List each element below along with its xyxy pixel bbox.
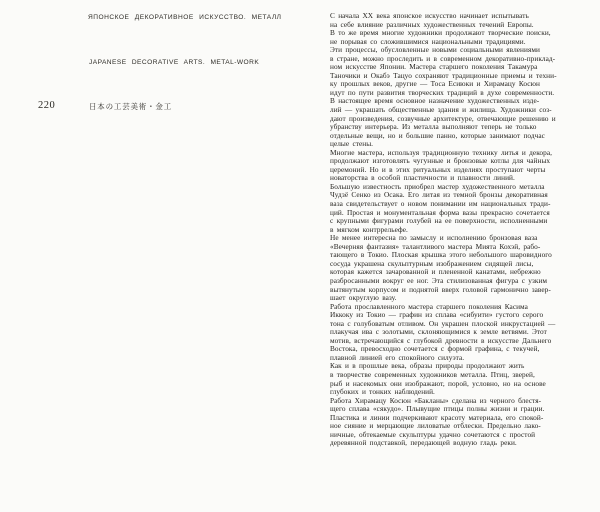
book-spread: ЯПОНСКОЕ ДЕКОРАТИВНОЕ ИСКУССТВО. МЕТАЛЛ … (0, 0, 600, 512)
paragraph: С начала XX века японское искусство начи… (330, 12, 594, 149)
paragraph: Как и в прошлые века, образы природы про… (330, 362, 594, 396)
chapter-title-english: JAPANESE DECORATIVE ARTS. METAL-WORK (89, 59, 259, 66)
paragraph: Не менее интересна по замыслу и исполнен… (330, 234, 594, 302)
chapter-title-japanese: 日本の工芸美術・金工 (89, 101, 172, 112)
page-number: 220 (38, 100, 55, 111)
paragraph: Работа прославленного мастера старшего п… (330, 303, 594, 363)
body-text: С начала XX века японское искусство начи… (330, 12, 594, 448)
paragraph: Многие мастера, используя традиционную т… (330, 149, 594, 183)
paragraph: Большую известность приобрел мастер худо… (330, 183, 594, 234)
text-line: деревянной подставкой, передающей водную… (330, 439, 594, 448)
paragraph: Работа Хирамацу Косюн «Бакланы» сделана … (330, 397, 594, 448)
chapter-title-russian: ЯПОНСКОЕ ДЕКОРАТИВНОЕ ИСКУССТВО. МЕТАЛЛ (88, 14, 281, 21)
